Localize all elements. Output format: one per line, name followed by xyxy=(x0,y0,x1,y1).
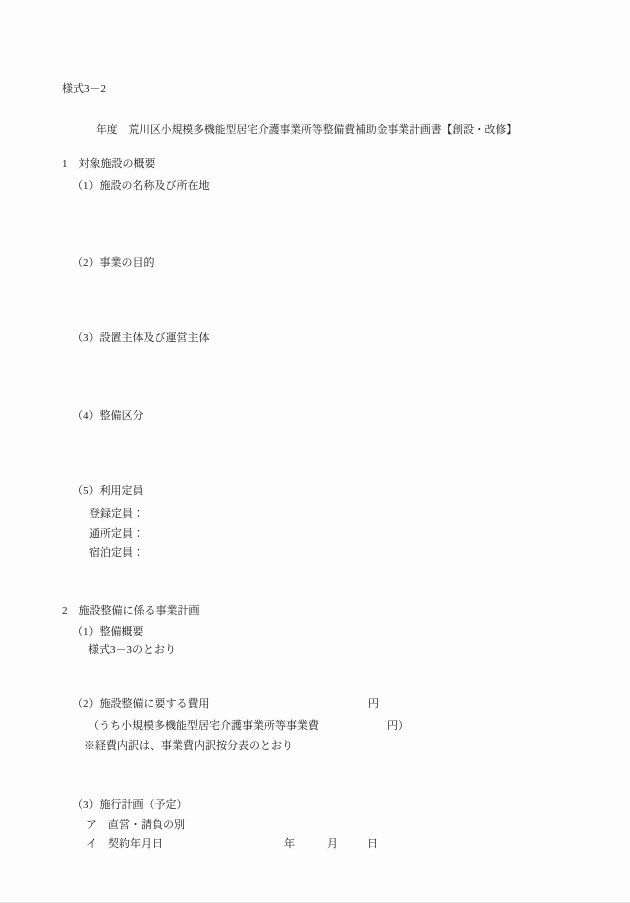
facility-name-location-label: （1）施設の名称及び所在地 xyxy=(72,180,210,192)
schedule-item-a-label: ア 直営・請負の別 xyxy=(86,819,185,831)
document-page: 様式3－2 年度 荒川区小規模多機能型居宅介護事業所等整備費補助金事業計画書【創… xyxy=(0,0,630,903)
document-title: 年度 荒川区小規模多機能型居宅介護事業所等整備費補助金事業計画書【創設・改修】 xyxy=(96,124,517,136)
overnight-capacity-label: 宿泊定員： xyxy=(89,547,144,559)
day-capacity-label: 通所定員： xyxy=(89,528,144,540)
cost-breakdown-unit: 円） xyxy=(387,720,409,732)
contract-year-label: 年 xyxy=(284,838,295,850)
registered-capacity-label: 登録定員： xyxy=(89,508,144,520)
facility-cost-label: （2）施設整備に要する費用 xyxy=(72,698,210,710)
operator-entity-label: （3）設置主体及び運営主体 xyxy=(72,332,210,344)
business-purpose-label: （2）事業の目的 xyxy=(72,257,155,269)
cost-breakdown-label: （うち小規模多機能型居宅介護事業所等事業費 xyxy=(88,720,319,732)
improvement-overview-note: 様式3－3のとおり xyxy=(88,644,176,656)
facility-cost-unit: 円 xyxy=(368,698,379,710)
user-capacity-label: （5）利用定員 xyxy=(72,485,144,497)
improvement-category-label: （4）整備区分 xyxy=(72,410,144,422)
cost-note: ※経費内訳は、事業費内訳按分表のとおり xyxy=(84,740,293,752)
construction-schedule-label: （3）施行計画（予定） xyxy=(72,799,188,811)
improvement-overview-label: （1）整備概要 xyxy=(72,626,144,638)
section-2-heading: 2 施設整備に係る事業計画 xyxy=(62,605,200,617)
schedule-item-b-label: イ 契約年月日 xyxy=(86,838,163,850)
section-1-heading: 1 対象施設の概要 xyxy=(62,158,156,170)
contract-month-label: 月 xyxy=(327,838,338,850)
form-number: 様式3－2 xyxy=(62,83,106,95)
contract-day-label: 日 xyxy=(367,838,378,850)
